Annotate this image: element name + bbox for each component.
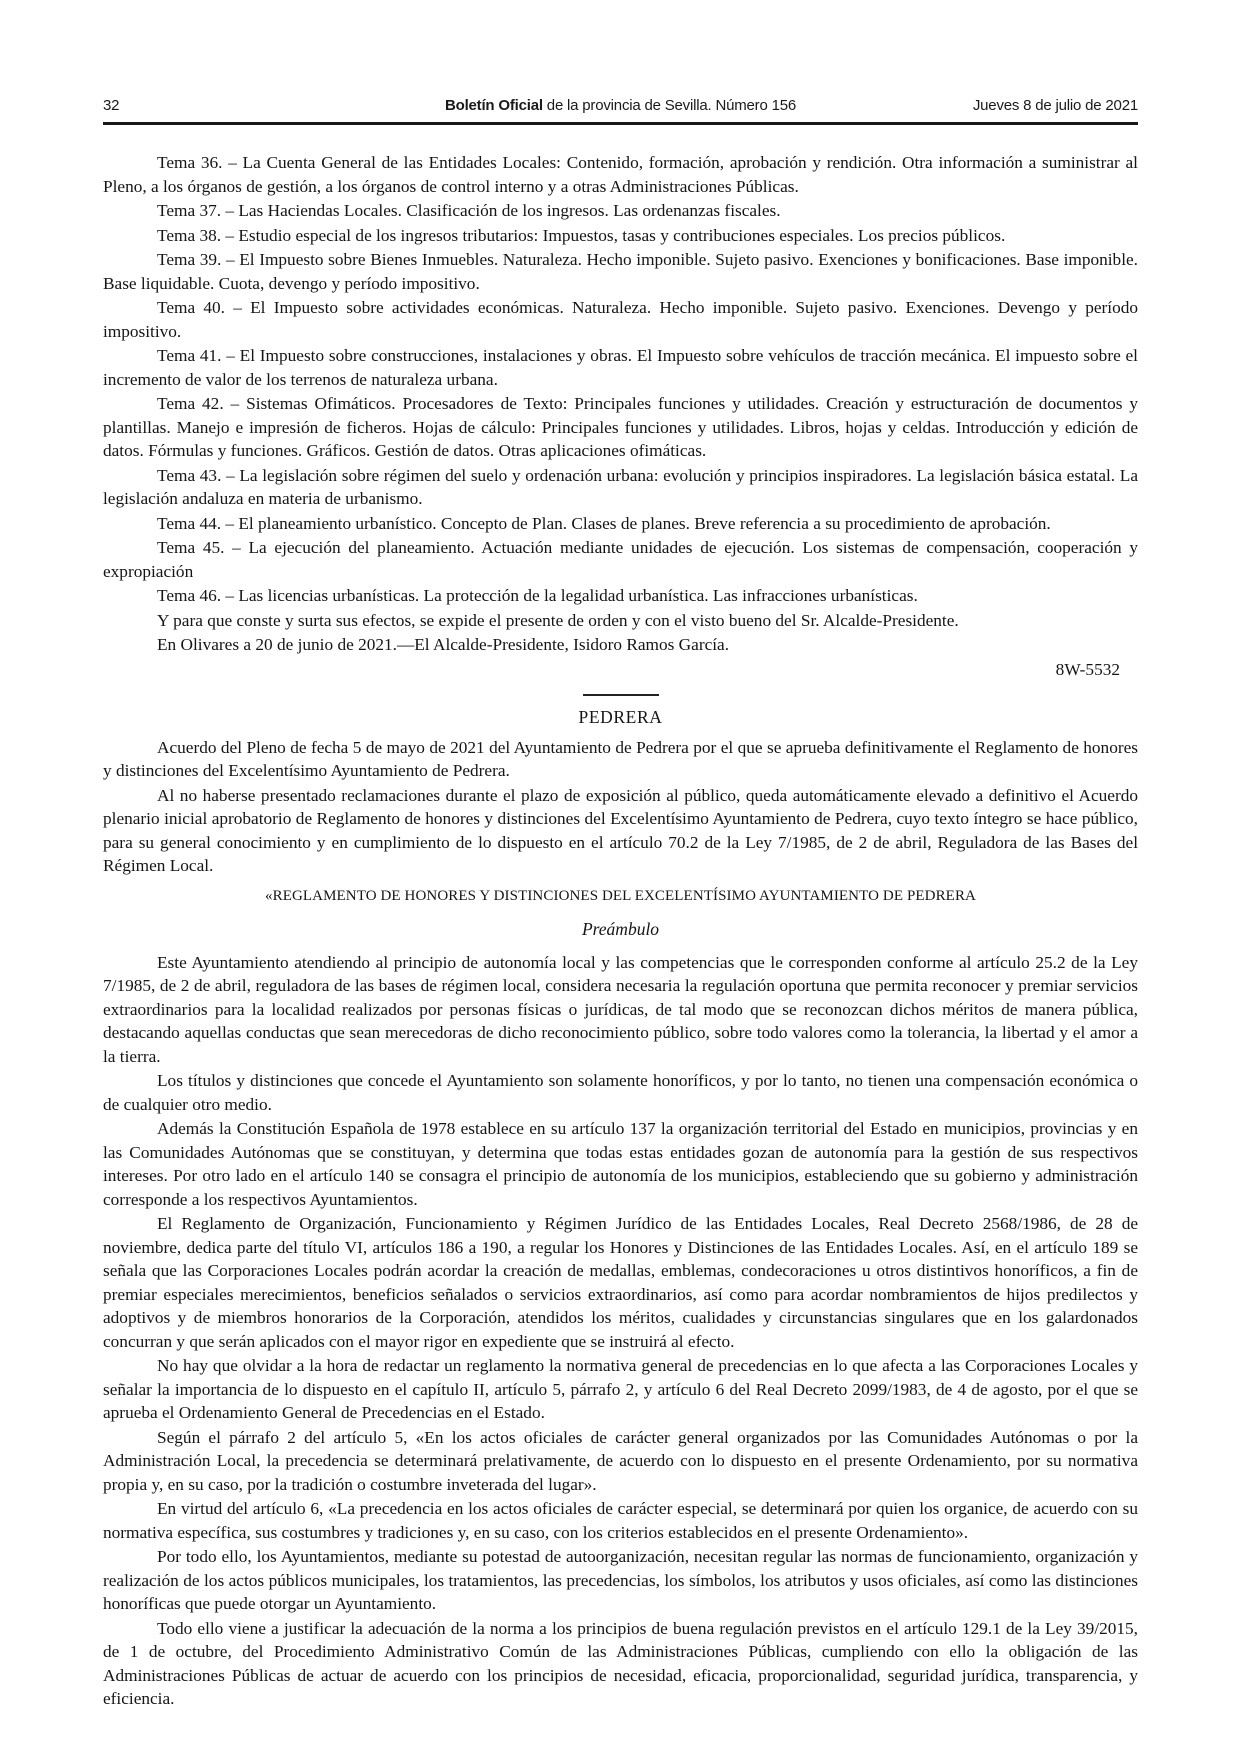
paragraph: Y para que conste y surta sus efectos, s… (103, 609, 1138, 633)
paragraph: Tema 42. – Sistemas Ofimáticos. Procesad… (103, 392, 1138, 463)
reference-code: 8W-5532 (103, 658, 1138, 682)
paragraph: Tema 37. – Las Haciendas Locales. Clasif… (103, 199, 1138, 223)
olivares-paragraphs: Tema 36. – La Cuenta General de las Enti… (103, 151, 1138, 657)
paragraph: Tema 45. – La ejecución del planeamiento… (103, 536, 1138, 583)
paragraph: Tema 38. – Estudio especial de los ingre… (103, 224, 1138, 248)
preamble-paragraphs: Este Ayuntamiento atendiendo al principi… (103, 951, 1138, 1711)
paragraph: Tema 44. – El planeamiento urbanístico. … (103, 512, 1138, 536)
paragraph: Acuerdo del Pleno de fecha 5 de mayo de … (103, 736, 1138, 783)
page-number: 32 (103, 97, 445, 115)
paragraph: Tema 39. – El Impuesto sobre Bienes Inmu… (103, 248, 1138, 295)
paragraph: Tema 36. – La Cuenta General de las Enti… (103, 151, 1138, 198)
paragraph: Por todo ello, los Ayuntamientos, median… (103, 1545, 1138, 1616)
header-date: Jueves 8 de julio de 2021 (796, 97, 1138, 115)
paragraph: Los títulos y distinciones que concede e… (103, 1069, 1138, 1116)
paragraph: Al no haberse presentado reclamaciones d… (103, 784, 1138, 878)
paragraph: Este Ayuntamiento atendiendo al principi… (103, 951, 1138, 1069)
paragraph: Todo ello viene a justificar la adecuaci… (103, 1617, 1138, 1711)
paragraph: En virtud del artículo 6, «La precedenci… (103, 1497, 1138, 1544)
paragraph: Tema 46. – Las licencias urbanísticas. L… (103, 584, 1138, 608)
section-pedrera-announcement: PEDRERA Acuerdo del Pleno de fecha 5 de … (103, 706, 1138, 1711)
page-content: Tema 36. – La Cuenta General de las Enti… (103, 151, 1138, 1711)
paragraph: Tema 43. – La legislación sobre régimen … (103, 464, 1138, 511)
bulletin-page: 32 Boletín Oficial de la provincia de Se… (0, 0, 1241, 1754)
section-divider (583, 694, 659, 696)
paragraph: En Olivares a 20 de junio de 2021.—El Al… (103, 633, 1138, 657)
municipality-title: PEDRERA (103, 706, 1138, 730)
paragraph: Tema 40. – El Impuesto sobre actividades… (103, 296, 1138, 343)
paragraph: El Reglamento de Organización, Funcionam… (103, 1212, 1138, 1353)
paragraph: No hay que olvidar a la hora de redactar… (103, 1354, 1138, 1425)
section-olivares-announcement: Tema 36. – La Cuenta General de las Enti… (103, 151, 1138, 681)
preamble-heading: Preámbulo (103, 918, 1138, 942)
masthead-title: Boletín Oficial (445, 97, 543, 114)
paragraph: Según el párrafo 2 del artículo 5, «En l… (103, 1426, 1138, 1497)
masthead: Boletín Oficial de la provincia de Sevil… (445, 97, 796, 115)
page-header: 32 Boletín Oficial de la provincia de Se… (103, 97, 1138, 125)
paragraph: Tema 41. – El Impuesto sobre construccio… (103, 344, 1138, 391)
masthead-subtitle: de la provincia de Sevilla. Número 156 (543, 97, 796, 114)
reglamento-heading: «REGLAMENTO DE HONORES Y DISTINCIONES DE… (103, 885, 1138, 909)
pedrera-intro-paragraphs: Acuerdo del Pleno de fecha 5 de mayo de … (103, 736, 1138, 878)
paragraph: Además la Constitución Española de 1978 … (103, 1117, 1138, 1211)
